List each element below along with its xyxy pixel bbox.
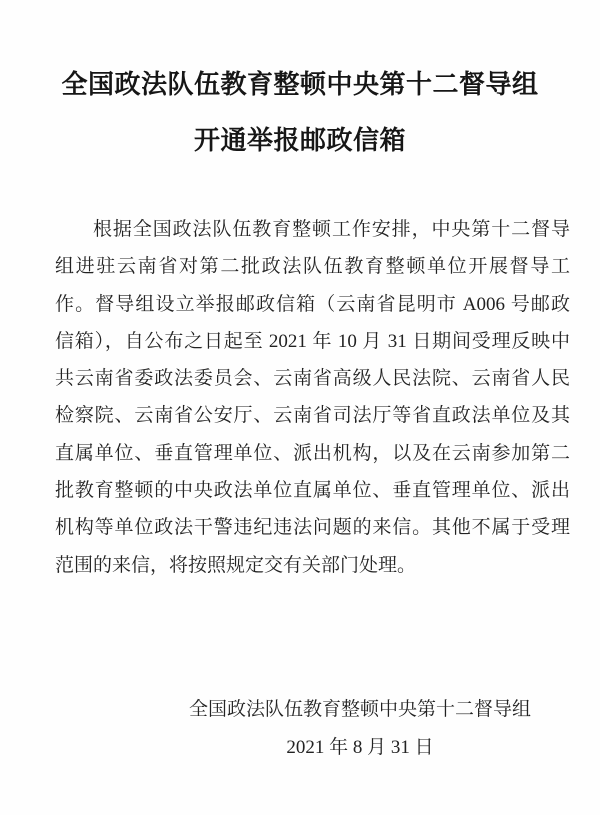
notice-title-line-1: 全国政法队伍教育整顿中央第十二督导组 — [0, 57, 600, 113]
paragraph-line: 直属单位、垂直管理单位、派出机构，以及在云南参加第二 — [55, 435, 570, 472]
paragraph-line: 组进驻云南省对第二批政法队伍教育整顿单位开展督导工 — [55, 248, 570, 285]
paragraph-line: 检察院、云南省公安厅、云南省司法厅等省直政法单位及其 — [55, 397, 570, 434]
paragraph-line: 共云南省委政法委员会、云南省高级人民法院、云南省人民 — [55, 360, 570, 397]
body-paragraph: 根据全国政法队伍教育整顿工作安排，中央第十二督导 组进驻云南省对第二批政法队伍教… — [55, 211, 570, 584]
paragraph-line: 作。督导组设立举报邮政信箱（云南省昆明市 A006 号邮政 — [55, 286, 570, 323]
paragraph-line: 机构等单位政法干警违纪违法问题的来信。其他不属于受理 — [55, 509, 570, 546]
notice-title: 全国政法队伍教育整顿中央第十二督导组 开通举报邮政信箱 — [0, 57, 600, 169]
signature-org: 全国政法队伍教育整顿中央第十二督导组 — [120, 691, 600, 729]
paragraph-line: 根据全国政法队伍教育整顿工作安排，中央第十二督导 — [55, 211, 570, 248]
signature-block: 全国政法队伍教育整顿中央第十二督导组 2021 年 8 月 31 日 — [120, 691, 600, 767]
paragraph-line: 批教育整顿的中央政法单位直属单位、垂直管理单位、派出 — [55, 472, 570, 509]
paragraph-line: 范围的来信，将按照规定交有关部门处理。 — [55, 547, 570, 584]
notice-title-line-2: 开通举报邮政信箱 — [0, 113, 600, 169]
signature-date: 2021 年 8 月 31 日 — [120, 729, 600, 767]
document-page: 全国政法队伍教育整顿中央第十二督导组 开通举报邮政信箱 根据全国政法队伍教育整顿… — [0, 0, 600, 815]
paragraph-line: 信箱），自公布之日起至 2021 年 10 月 31 日期间受理反映中 — [55, 323, 570, 360]
